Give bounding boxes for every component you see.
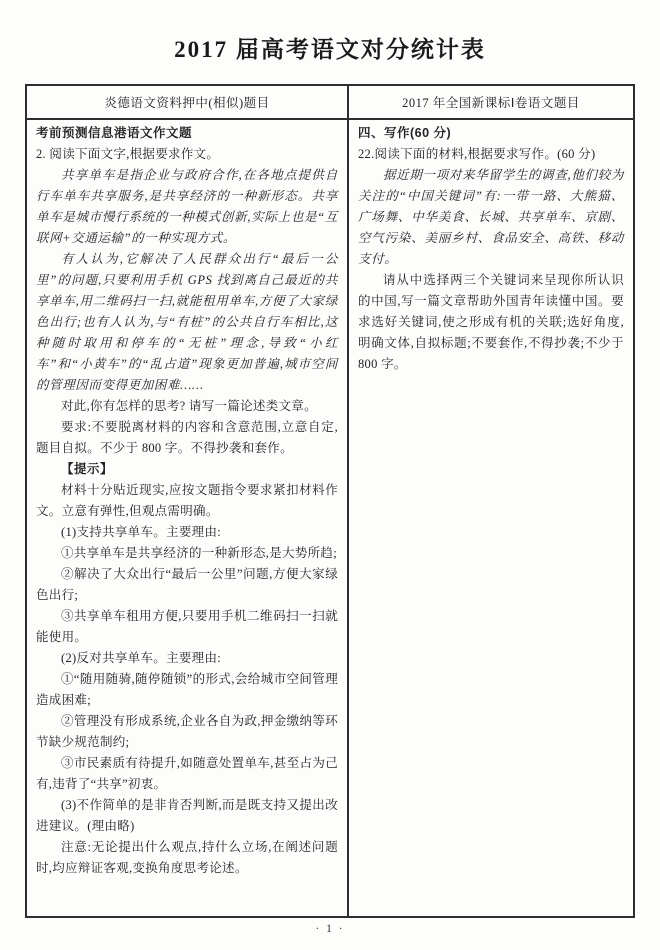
paragraph: 有人认为,它解决了人民群众出行“最后一公里”的问题,只要利用手机 GPS 找到离…	[36, 249, 338, 396]
hint-label: 【提示】	[36, 459, 338, 480]
page-number: · 1 ·	[0, 923, 660, 935]
list-item: ①共享单车是共享经济的一种新形态,是大势所趋;	[36, 543, 338, 564]
paragraph: 对此,你有怎样的思考? 请写一篇论述类文章。	[36, 396, 338, 417]
page-title: 2017 届高考语文对分统计表	[0, 0, 660, 64]
paragraph: 要求:不要脱离材料的内容和含意范围,立意自定,题目自拟。不少于 800 字。不得…	[36, 417, 338, 459]
paragraph: 2. 阅读下面文字,根据要求作文。	[36, 144, 338, 165]
table-header-row: 炎德语文资料押中(相似)题目 2017 年全国新课标Ⅰ卷语文题目	[27, 86, 633, 120]
left-column-cell: 考前预测信息港语文作文题 2. 阅读下面文字,根据要求作文。 共享单车是指企业与…	[27, 120, 349, 916]
list-item: ③共享单车租用方便,只要用手机二维码扫一扫就能使用。	[36, 606, 338, 648]
paragraph: 材料十分贴近现实,应按文题指令要求紧扣材料作文。立意有弹性,但观点需明确。	[36, 480, 338, 522]
list-item: ②解决了大众出行“最后一公里”问题,方便大家绿色出行;	[36, 564, 338, 606]
paragraph: 据近期一项对来华留学生的调查,他们较为关注的“中国关键词”有:一带一路、大熊猫、…	[358, 165, 624, 270]
list-item: (3)不作简单的是非肯否判断,而是既支持又提出改进建议。(理由略)	[36, 795, 338, 837]
section-heading: 四、写作(60 分)	[358, 123, 624, 144]
list-item: ①“随用随骑,随停随锁”的形式,会给城市空间管理造成困难;	[36, 669, 338, 711]
document-page: 2017 届高考语文对分统计表 炎德语文资料押中(相似)题目 2017 年全国新…	[0, 0, 660, 950]
list-item: (2)反对共享单车。主要理由:	[36, 648, 338, 669]
right-column-cell: 四、写作(60 分) 22.阅读下面的材料,根据要求写作。(60 分) 据近期一…	[349, 120, 633, 916]
paragraph: 22.阅读下面的材料,根据要求写作。(60 分)	[358, 144, 624, 165]
column-header-right: 2017 年全国新课标Ⅰ卷语文题目	[349, 86, 633, 118]
table-body-row: 考前预测信息港语文作文题 2. 阅读下面文字,根据要求作文。 共享单车是指企业与…	[27, 120, 633, 916]
list-item: (1)支持共享单车。主要理由:	[36, 522, 338, 543]
comparison-table: 炎德语文资料押中(相似)题目 2017 年全国新课标Ⅰ卷语文题目 考前预测信息港…	[25, 84, 635, 918]
paragraph: 注意:无论提出什么观点,持什么立场,在阐述问题时,均应辩证客观,变换角度思考论述…	[36, 837, 338, 879]
list-item: ③市民素质有待提升,如随意处置单车,甚至占为己有,违背了“共享”初衷。	[36, 753, 338, 795]
column-header-left: 炎德语文资料押中(相似)题目	[27, 86, 349, 118]
list-item: ②管理没有形成系统,企业各自为政,押金缴纳等环节缺少规范制约;	[36, 711, 338, 753]
paragraph: 请从中选择两三个关键词来呈现你所认识的中国,写一篇文章帮助外国青年读懂中国。要求…	[358, 270, 624, 375]
section-heading: 考前预测信息港语文作文题	[36, 123, 338, 144]
paragraph: 共享单车是指企业与政府合作,在各地点提供自行车单车共享服务,是共享经济的一种新形…	[36, 165, 338, 249]
